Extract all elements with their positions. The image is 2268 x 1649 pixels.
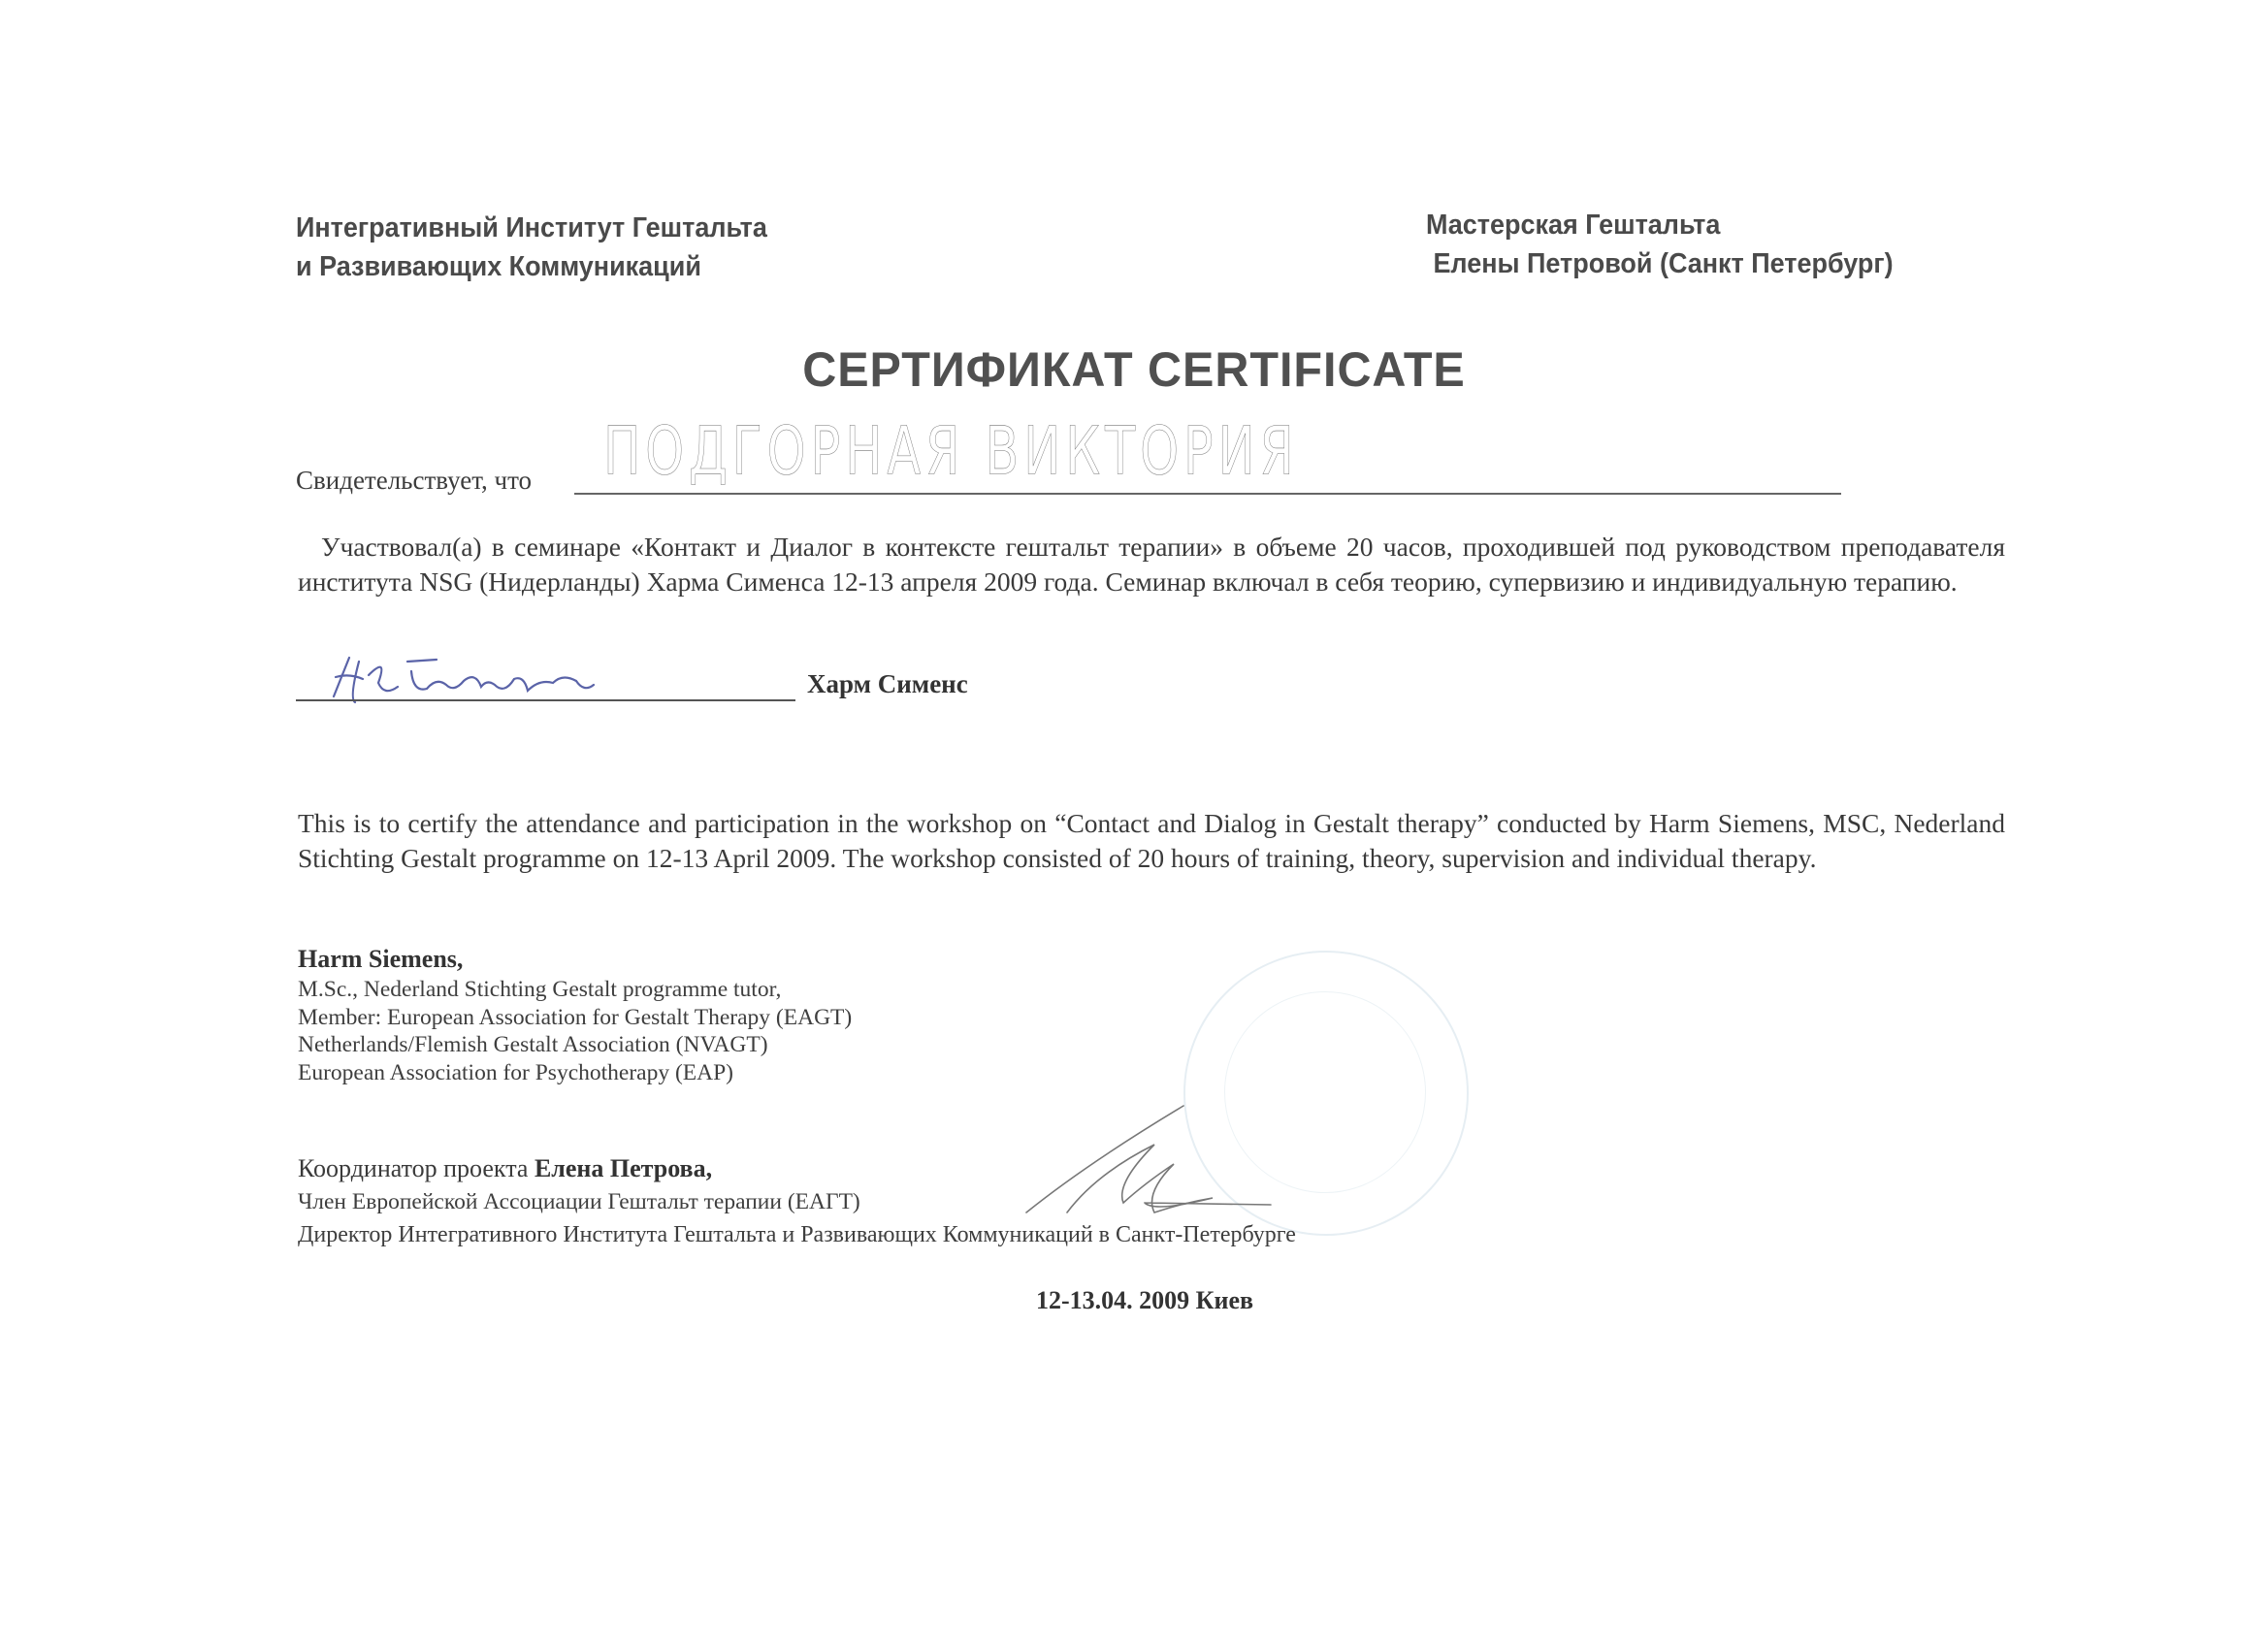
- credential-line: M.Sc., Nederland Stichting Gestalt progr…: [298, 976, 852, 1004]
- credential-line: Netherlands/Flemish Gestalt Association …: [298, 1031, 852, 1059]
- tutor-name-ru: Харм Сименс: [807, 669, 968, 699]
- left-organization: Интегративный Институт Гештальта и Разви…: [296, 209, 767, 286]
- coordinator-director: Директор Интегративного Института Гештал…: [298, 1218, 1296, 1251]
- credential-line: Member: European Association for Gestalt…: [298, 1004, 852, 1032]
- recipient-name-line: [574, 493, 1841, 495]
- certificate-title: СЕРТИФИКАТ CERTIFICATE: [34, 341, 2234, 398]
- coordinator-membership: Член Европейской Ассоциации Гештальт тер…: [298, 1185, 1296, 1218]
- coordinator-name: Елена Петрова,: [535, 1154, 712, 1182]
- coordinator-title-line: Координатор проекта Елена Петрова,: [298, 1152, 1296, 1185]
- coordinator-label: Координатор проекта: [298, 1154, 535, 1182]
- left-org-line2: и Развивающих Коммуникаций: [296, 247, 767, 286]
- right-org-line2: Елены Петровой (Санкт Петербург): [1426, 244, 1894, 283]
- coordinator-block: Координатор проекта Елена Петрова, Член …: [298, 1152, 1296, 1251]
- certifies-label: Свидетельствует, что: [296, 466, 532, 496]
- right-organization: Мастерская Гештальта Елены Петровой (Сан…: [1426, 206, 1894, 283]
- recipient-name-handwritten: ПОДГОРНАЯ ВИКТОРИЯ: [603, 412, 1299, 490]
- left-org-line1: Интегративный Институт Гештальта: [296, 209, 767, 247]
- date-place: 12-13.04. 2009 Киев: [1036, 1286, 1253, 1315]
- russian-paragraph: Участвовал(а) в семинаре «Контакт и Диал…: [298, 530, 2005, 599]
- tutor-credentials: Harm Siemens, M.Sc., Nederland Stichting…: [298, 943, 852, 1086]
- tutor-name: Harm Siemens,: [298, 943, 852, 976]
- credential-line: European Association for Psychotherapy (…: [298, 1059, 852, 1087]
- right-org-line1: Мастерская Гештальта: [1426, 206, 1894, 244]
- english-paragraph: This is to certify the attendance and pa…: [298, 806, 2005, 876]
- tutor-signature-line: [296, 699, 795, 701]
